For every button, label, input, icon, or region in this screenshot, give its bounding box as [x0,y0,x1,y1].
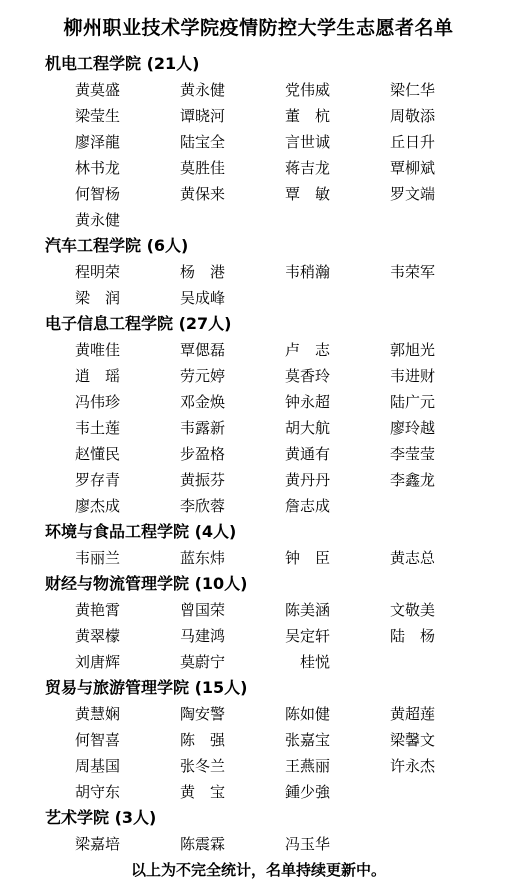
volunteer-name: 郭旭光 [390,337,495,363]
volunteer-name: 梁仁华 [390,77,495,103]
volunteer-name: 冯伟珍 [75,389,180,415]
college-header: 艺术学院 (3人) [0,805,517,831]
name-row: 黄唯佳覃偲磊卢 志郭旭光 [0,337,517,363]
volunteer-name: 步盈格 [180,441,285,467]
volunteer-name: 胡守东 [75,779,180,805]
volunteer-name: 董 杭 [285,103,390,129]
volunteer-name: 黄丹丹 [285,467,390,493]
volunteer-name: 廖泽龍 [75,129,180,155]
volunteer-name: 廖玲越 [390,415,495,441]
footer-note: 以上为不完全统计，名单持续更新中。 [0,857,517,883]
volunteer-name: 陈如健 [285,701,390,727]
volunteer-name: 陈美涵 [285,597,390,623]
volunteer-name: 黄莫盛 [75,77,180,103]
volunteer-name: 李莹莹 [390,441,495,467]
volunteer-name: 黄艳霄 [75,597,180,623]
volunteer-name: 韦土莲 [75,415,180,441]
college-header: 机电工程学院 (21人) [0,51,517,77]
volunteer-name: 罗存青 [75,467,180,493]
name-row: 梁 润吴成峰 [0,285,517,311]
volunteer-name: 梁嘉培 [75,831,180,857]
name-row: 梁嘉培陈震霖冯玉华 [0,831,517,857]
volunteer-name: 谭晓河 [180,103,285,129]
volunteer-name: 吴定轩 [285,623,390,649]
volunteer-name: 莫香玲 [285,363,390,389]
volunteer-name: 卢 志 [285,337,390,363]
college-section: 贸易与旅游管理学院 (15人)黄慧娴陶安警陈如健黄超莲何智喜陈 强张嘉宝梁馨文周… [0,675,517,805]
volunteer-name: 丘日升 [390,129,495,155]
name-row: 赵懂民步盈格黄通有李莹莹 [0,441,517,467]
volunteer-name: 陈 强 [180,727,285,753]
volunteer-name: 陶安警 [180,701,285,727]
volunteer-name: 韦稍瀚 [285,259,390,285]
volunteer-name: 韦丽兰 [75,545,180,571]
name-row: 黄翠檬马建鸿吴定轩陆 杨 [0,623,517,649]
volunteer-name: 言世诚 [285,129,390,155]
name-row: 胡守东黄 宝鍾少強 [0,779,517,805]
volunteer-name: 黄慧娴 [75,701,180,727]
name-row: 黄艳霄曾国荣陈美涵文敬美 [0,597,517,623]
volunteer-name: 覃柳斌 [390,155,495,181]
volunteer-name: 王燕丽 [285,753,390,779]
volunteer-name: 覃偲磊 [180,337,285,363]
volunteer-name: 许永杰 [390,753,495,779]
volunteer-name: 赵懂民 [75,441,180,467]
volunteer-name: 桂悦 [285,649,390,675]
name-row: 韦土莲韦露新胡大航廖玲越 [0,415,517,441]
volunteer-name: 周基国 [75,753,180,779]
name-row: 冯伟珍邓金焕钟永超陆广元 [0,389,517,415]
college-section: 环境与食品工程学院 (4人)韦丽兰蓝东炜钟 臣黄志总 [0,519,517,571]
college-header: 贸易与旅游管理学院 (15人) [0,675,517,701]
page-title: 柳州职业技术学院疫情防控大学生志愿者名单 [0,13,517,44]
college-section: 财经与物流管理学院 (10人)黄艳霄曾国荣陈美涵文敬美黄翠檬马建鸿吴定轩陆 杨刘… [0,571,517,675]
volunteer-name: 吴成峰 [180,285,285,311]
college-section: 电子信息工程学院 (27人)黄唯佳覃偲磊卢 志郭旭光逍 瑶劳元婷莫香玲韦进财冯伟… [0,311,517,519]
volunteer-name: 韦荣军 [390,259,495,285]
volunteer-name: 逍 瑶 [75,363,180,389]
volunteer-name: 詹志成 [285,493,390,519]
name-row: 韦丽兰蓝东炜钟 臣黄志总 [0,545,517,571]
name-row: 周基国张冬兰王燕丽许永杰 [0,753,517,779]
volunteer-name: 梁莹生 [75,103,180,129]
volunteer-name: 周敬添 [390,103,495,129]
volunteer-name: 黄 宝 [180,779,285,805]
sections: 机电工程学院 (21人)黄莫盛黄永健党伟威梁仁华梁莹生谭晓河董 杭周敬添廖泽龍陆… [0,51,517,857]
volunteer-name: 黄通有 [285,441,390,467]
volunteer-name: 蓝东炜 [180,545,285,571]
college-section: 艺术学院 (3人)梁嘉培陈震霖冯玉华 [0,805,517,857]
volunteer-name: 党伟威 [285,77,390,103]
volunteer-name: 韦进财 [390,363,495,389]
volunteer-name: 李欣蓉 [180,493,285,519]
college-header: 财经与物流管理学院 (10人) [0,571,517,597]
name-row: 廖杰成李欣蓉詹志成 [0,493,517,519]
volunteer-name: 蒋吉龙 [285,155,390,181]
name-row: 逍 瑶劳元婷莫香玲韦进财 [0,363,517,389]
volunteer-name: 邓金焕 [180,389,285,415]
college-section: 汽车工程学院 (6人)程明荣杨 港韦稍瀚韦荣军梁 润吴成峰 [0,233,517,311]
volunteer-name: 黄保来 [180,181,285,207]
volunteer-name: 黄超莲 [390,701,495,727]
name-row: 程明荣杨 港韦稍瀚韦荣军 [0,259,517,285]
volunteer-name: 杨 港 [180,259,285,285]
volunteer-name: 李鑫龙 [390,467,495,493]
volunteer-name: 覃 敏 [285,181,390,207]
document-page: 柳州职业技术学院疫情防控大学生志愿者名单 机电工程学院 (21人)黄莫盛黄永健党… [0,0,517,886]
volunteer-name: 莫胜佳 [180,155,285,181]
volunteer-name: 莫蔚宁 [180,649,285,675]
college-section: 机电工程学院 (21人)黄莫盛黄永健党伟威梁仁华梁莹生谭晓河董 杭周敬添廖泽龍陆… [0,51,517,233]
volunteer-name: 文敬美 [390,597,495,623]
volunteer-name: 陈震霖 [180,831,285,857]
volunteer-name: 黄志总 [390,545,495,571]
name-row: 何智杨黄保来覃 敏罗文端 [0,181,517,207]
volunteer-name: 何智喜 [75,727,180,753]
volunteer-name: 马建鸿 [180,623,285,649]
volunteer-name: 陆广元 [390,389,495,415]
volunteer-name: 张嘉宝 [285,727,390,753]
volunteer-name: 韦露新 [180,415,285,441]
volunteer-name: 陆宝全 [180,129,285,155]
volunteer-name: 罗文端 [390,181,495,207]
volunteer-name: 黄永健 [180,77,285,103]
volunteer-name: 劳元婷 [180,363,285,389]
volunteer-name: 钟 臣 [285,545,390,571]
volunteer-name: 鍾少強 [285,779,390,805]
volunteer-name: 黄唯佳 [75,337,180,363]
volunteer-name: 梁馨文 [390,727,495,753]
name-row: 黄莫盛黄永健党伟威梁仁华 [0,77,517,103]
name-row: 黄慧娴陶安警陈如健黄超莲 [0,701,517,727]
volunteer-name: 黄振芬 [180,467,285,493]
name-row: 林书龙莫胜佳蒋吉龙覃柳斌 [0,155,517,181]
volunteer-name: 刘唐辉 [75,649,180,675]
name-row: 黄永健 [0,207,517,233]
volunteer-name: 林书龙 [75,155,180,181]
name-row: 何智喜陈 强张嘉宝梁馨文 [0,727,517,753]
volunteer-name: 程明荣 [75,259,180,285]
name-row: 梁莹生谭晓河董 杭周敬添 [0,103,517,129]
volunteer-name: 曾国荣 [180,597,285,623]
college-header: 汽车工程学院 (6人) [0,233,517,259]
name-row: 罗存青黄振芬黄丹丹李鑫龙 [0,467,517,493]
volunteer-name: 钟永超 [285,389,390,415]
volunteer-name: 陆 杨 [390,623,495,649]
volunteer-name: 胡大航 [285,415,390,441]
volunteer-name: 冯玉华 [285,831,390,857]
college-header: 电子信息工程学院 (27人) [0,311,517,337]
volunteer-name: 黄永健 [75,207,180,233]
volunteer-name: 廖杰成 [75,493,180,519]
volunteer-name: 黄翠檬 [75,623,180,649]
name-row: 廖泽龍陆宝全言世诚丘日升 [0,129,517,155]
volunteer-name: 何智杨 [75,181,180,207]
name-row: 刘唐辉莫蔚宁 桂悦 [0,649,517,675]
volunteer-name: 梁 润 [75,285,180,311]
volunteer-name: 张冬兰 [180,753,285,779]
college-header: 环境与食品工程学院 (4人) [0,519,517,545]
